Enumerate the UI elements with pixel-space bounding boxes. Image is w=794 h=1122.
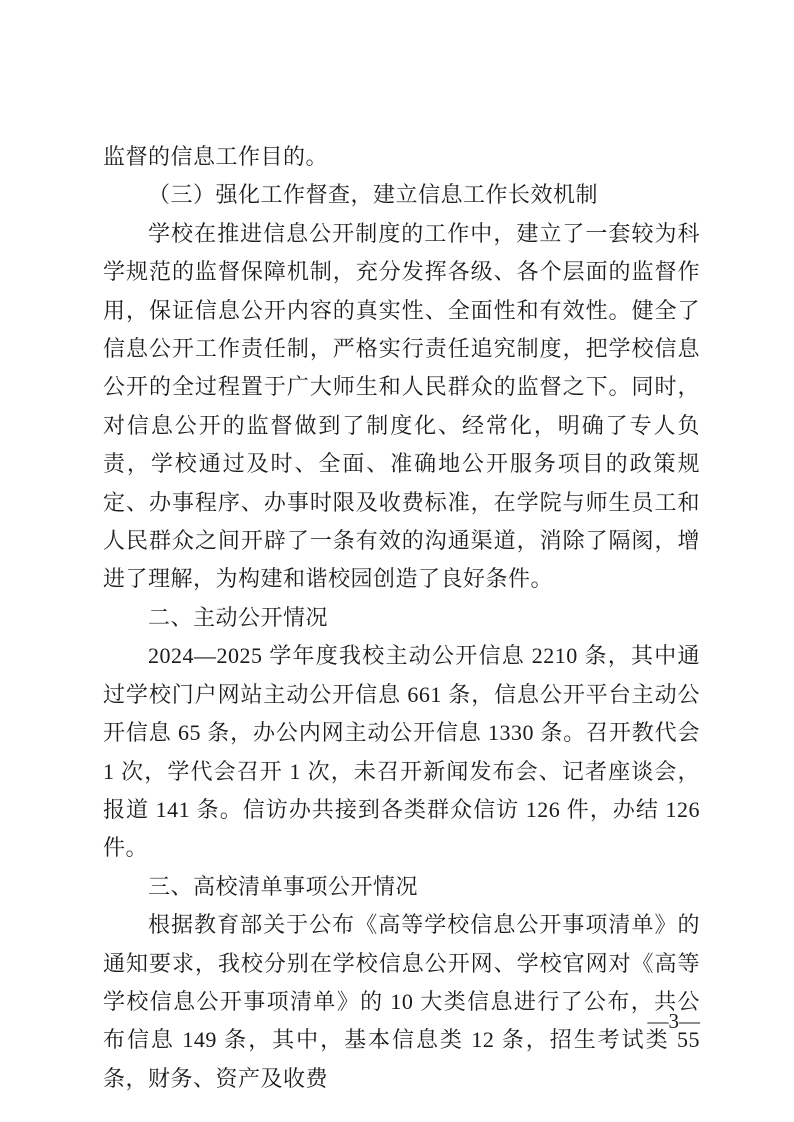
page-number: —3— [648, 1008, 701, 1034]
paragraph-continuation: 监督的信息工作目的。 [103, 138, 700, 176]
paragraph-supervision-mechanism: 学校在推进信息公开制度的工作中，建立了一套较为科学规范的监督保障机制，充分发挥各… [103, 215, 700, 599]
text-block: 监督的信息工作目的。 （三）强化工作督查，建立信息工作长效机制 学校在推进信息公… [103, 138, 700, 1098]
paragraph-active-disclosure-stats: 2024—2025 学年度我校主动公开信息 2210 条，其中通过学校门户网站主… [103, 637, 700, 867]
section-heading-checklist-disclosure: 三、高校清单事项公开情况 [103, 868, 700, 906]
document-page: 监督的信息工作目的。 （三）强化工作督查，建立信息工作长效机制 学校在推进信息公… [0, 0, 794, 1122]
subsection-heading-3: （三）强化工作督查，建立信息工作长效机制 [103, 176, 700, 214]
section-heading-active-disclosure: 二、主动公开情况 [103, 599, 700, 637]
paragraph-checklist-disclosure: 根据教育部关于公布《高等学校信息公开事项清单》的通知要求，我校分别在学校信息公开… [103, 906, 700, 1098]
